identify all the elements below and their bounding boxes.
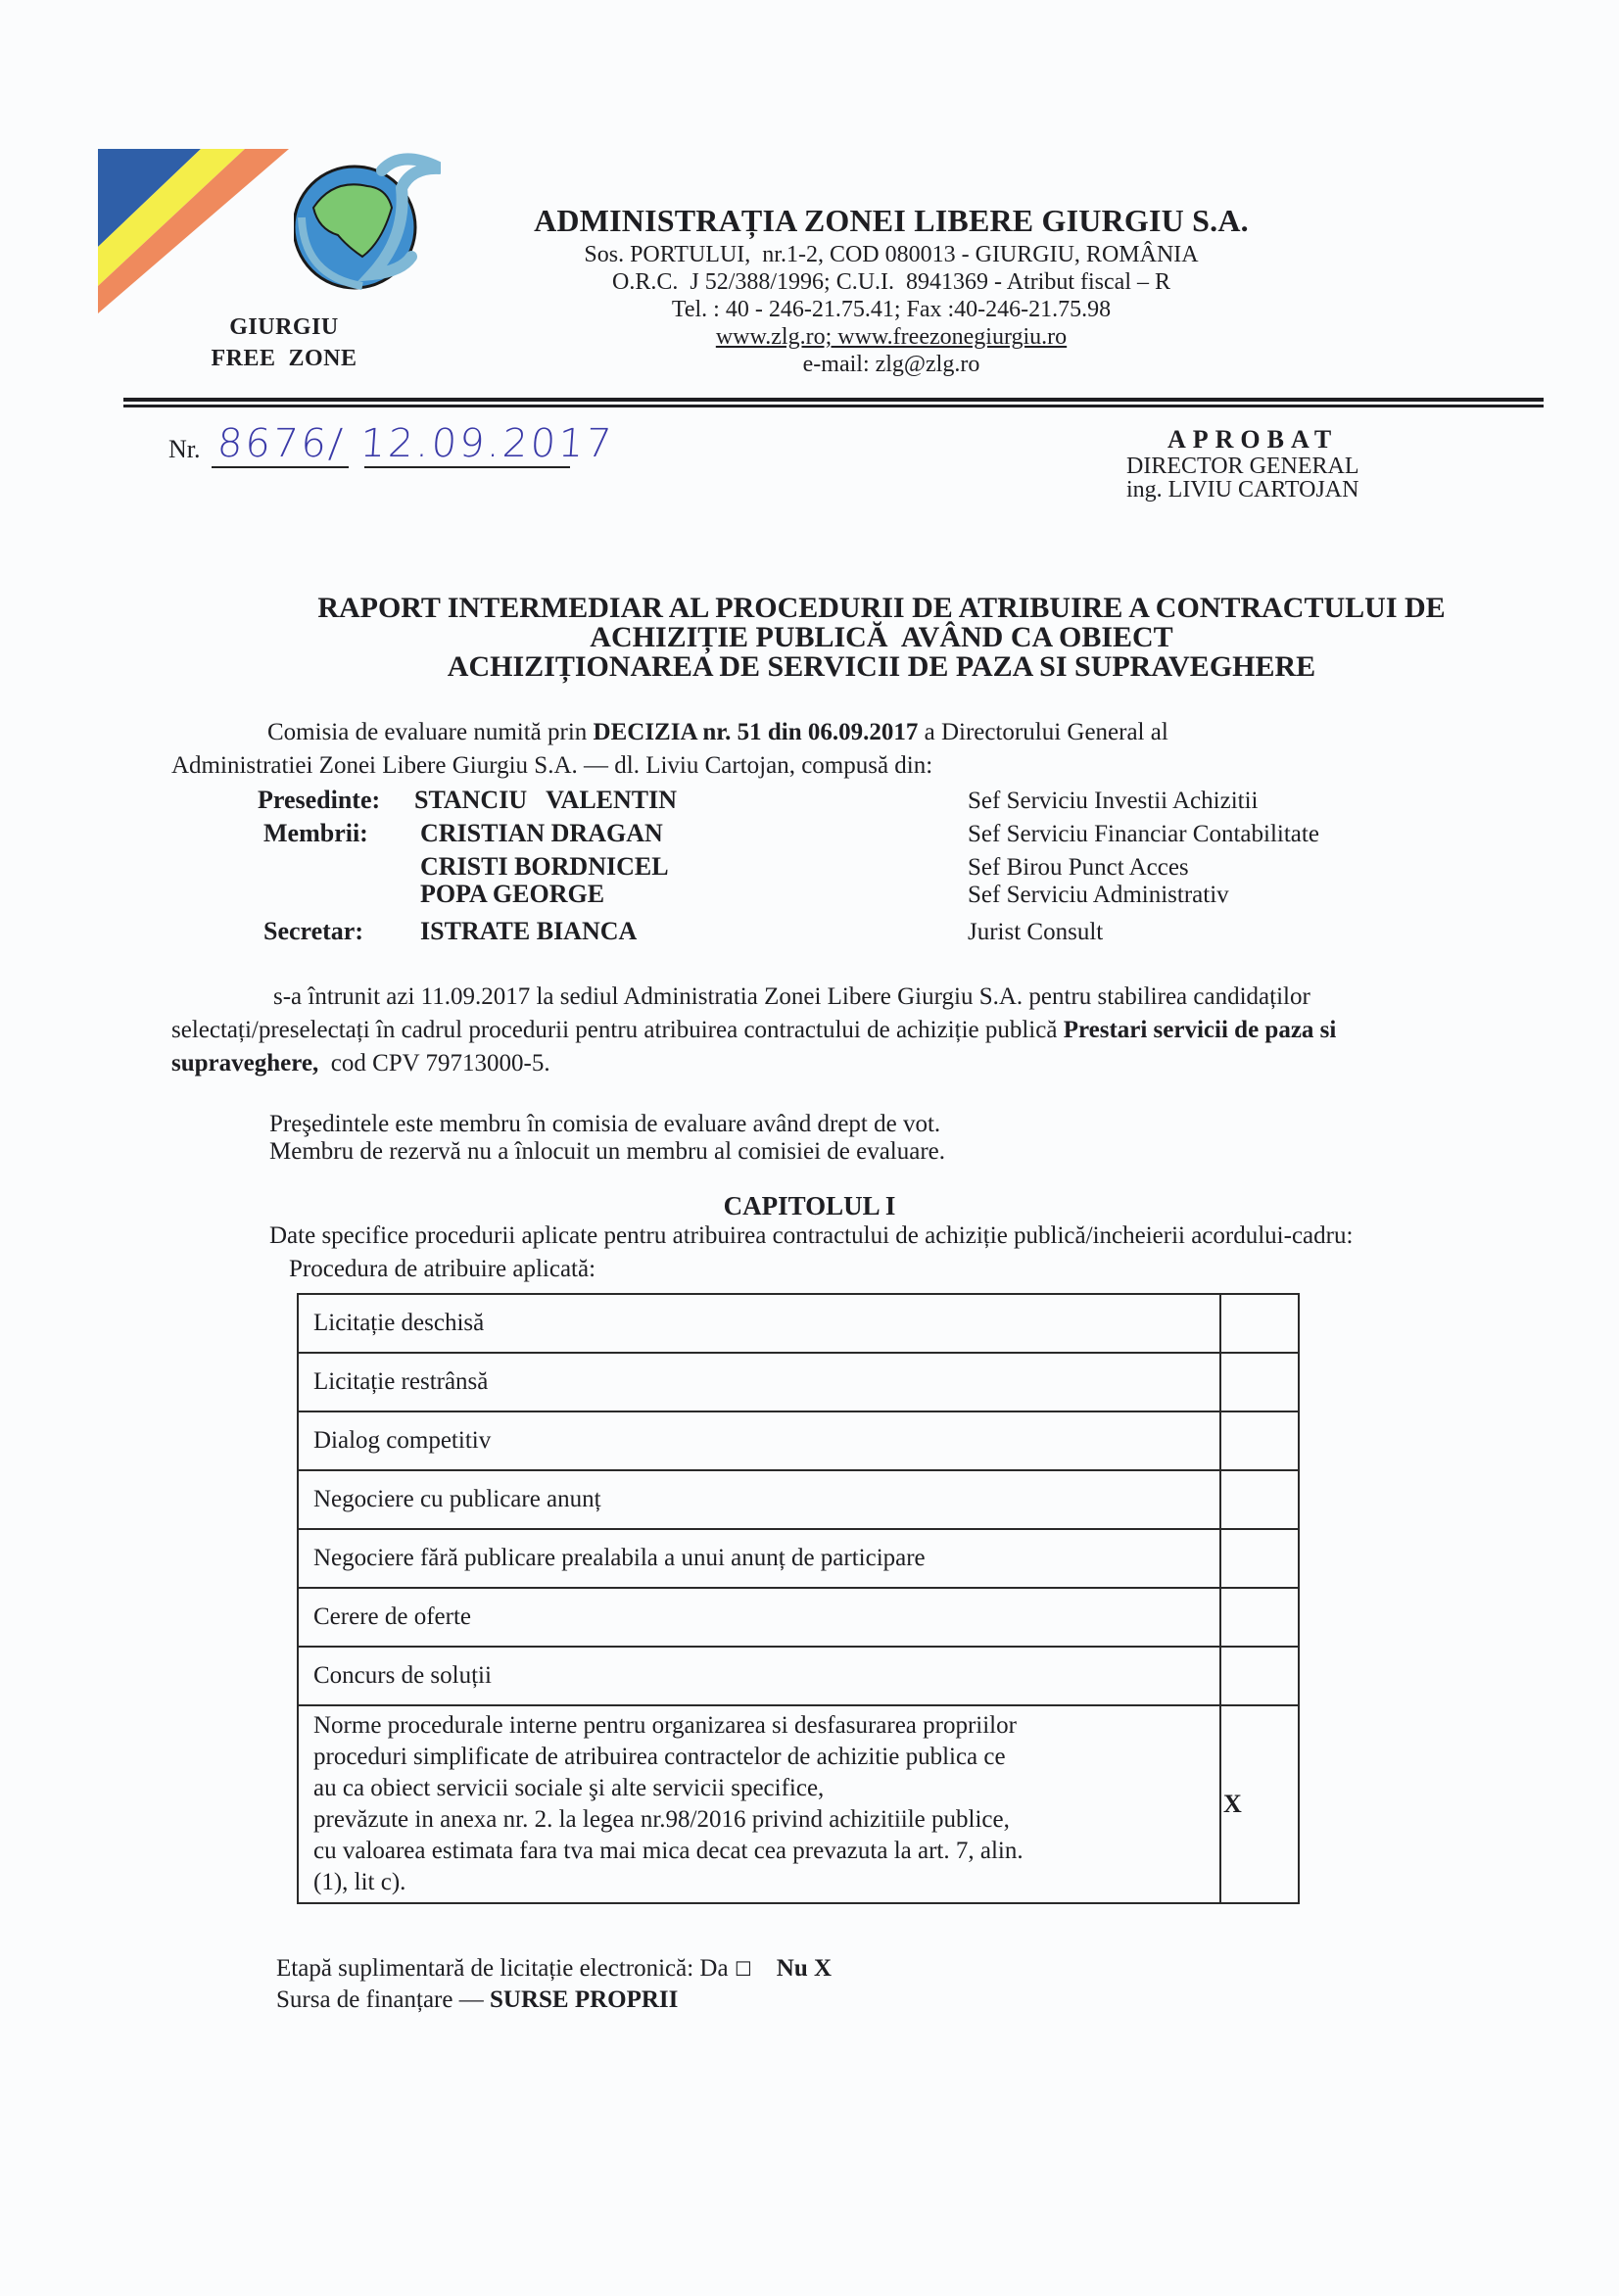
logo-line-2: FREE ZONE <box>186 343 382 374</box>
committee-member: CRISTI BORDNICEL <box>258 852 669 882</box>
member-function: Sef Serviciu Financiar Contabilitate <box>968 821 1319 848</box>
member-role: Membrii: <box>258 819 420 848</box>
nu-selected: Nu X <box>777 1955 832 1982</box>
procedure-row: Norme procedurale interne pentru organiz… <box>298 1705 1299 1903</box>
approval-position: DIRECTOR GENERAL <box>1126 454 1359 478</box>
handwritten-number-date: 8676/ 12.09.2017 <box>215 421 615 466</box>
procedure-selection-cell[interactable] <box>1220 1411 1299 1470</box>
intro-text: Comisia de evaluare numită prin <box>267 719 594 745</box>
website-links[interactable]: www.zlg.ro; www.freezonegiurgiu.ro <box>490 323 1293 351</box>
nr-label: Nr. <box>168 435 201 464</box>
member-function: Jurist Consult <box>968 919 1103 946</box>
procedure-label-line: cu valoarea estimata fara tva mai mica d… <box>313 1836 1205 1867</box>
procedure-selection-cell[interactable] <box>1220 1529 1299 1588</box>
procedure-row: Licitație restrânsă <box>298 1353 1299 1411</box>
intro-line-2: Administratiei Zonei Libere Giurgiu S.A.… <box>171 750 932 782</box>
procedure-selection-cell[interactable]: X <box>1220 1705 1299 1903</box>
intro-line-1: Comisia de evaluare numită prin DECIZIA … <box>267 717 1168 748</box>
procedure-label: Cerere de oferte <box>298 1588 1220 1647</box>
committee-member: Presedinte:STANCIU VALENTIN <box>258 786 677 815</box>
member-name: ISTRATE BIANCA <box>420 917 637 945</box>
nr-underline <box>212 466 349 468</box>
contract-object-end: supraveghere, <box>171 1050 318 1076</box>
table-caption: Procedura de atribuire aplicată: <box>289 1254 595 1285</box>
address: Sos. PORTULUI, nr.1-2, COD 080013 - GIUR… <box>490 241 1293 268</box>
member-function: Sef Serviciu Investii Achizitii <box>968 788 1258 815</box>
procedure-selection-cell[interactable] <box>1220 1353 1299 1411</box>
decision-reference: DECIZIA nr. 51 din 06.09.2017 <box>594 719 919 745</box>
organization-name: ADMINISTRAȚIA ZONEI LIBERE GIURGIU S.A. <box>490 200 1293 241</box>
letterhead: ADMINISTRAȚIA ZONEI LIBERE GIURGIU S.A. … <box>490 200 1293 378</box>
member-name: CRISTIAN DRAGAN <box>420 819 663 847</box>
title-line-2: ACHIZIȚIE PUBLICĂ AVÂND CA OBIECT <box>196 623 1567 652</box>
committee-member: POPA GEORGE <box>258 880 604 909</box>
member-role: Secretar: <box>258 917 420 946</box>
approval-block: APROBAT DIRECTOR GENERAL ing. LIVIU CART… <box>1126 425 1359 502</box>
member-name: CRISTI BORDNICEL <box>420 852 669 881</box>
tricolor-flag-icon <box>98 149 289 313</box>
member-role: Presedinte: <box>258 786 414 815</box>
title-line-3: ACHIZIȚIONAREA DE SERVICII DE PAZA SI SU… <box>196 652 1567 682</box>
meeting-line-2: selectați/preselectați în cadrul procedu… <box>171 1015 1336 1046</box>
procedure-label: Concurs de soluții <box>298 1647 1220 1705</box>
electronic-auction-line: Etapă suplimentară de licitație electron… <box>276 1953 832 1985</box>
procedure-row: Negociere fără publicare prealabila a un… <box>298 1529 1299 1588</box>
procedure-label: Licitație deschisă <box>298 1294 1220 1353</box>
logo-caption: GIURGIU FREE ZONE <box>186 311 382 374</box>
intro-text-end: a Directorului General al <box>918 719 1167 745</box>
contract-object: Prestari servicii de paza si <box>1064 1017 1337 1043</box>
committee-member: Membrii:CRISTIAN DRAGAN <box>258 819 663 848</box>
cpv-code: cod CPV 79713000-5. <box>318 1050 549 1076</box>
email[interactable]: e-mail: zlg@zlg.ro <box>490 351 1293 378</box>
note-reserve-member: Membru de rezervă nu a înlocuit un membr… <box>269 1136 945 1168</box>
procedure-label-line: Norme procedurale interne pentru organiz… <box>313 1710 1205 1742</box>
report-title: RAPORT INTERMEDIAR AL PROCEDURII DE ATRI… <box>196 594 1567 682</box>
procedure-label-line: au ca obiect servicii sociale şi alte se… <box>313 1773 1205 1804</box>
procedure-label: Licitație restrânsă <box>298 1353 1220 1411</box>
committee-member: Secretar:ISTRATE BIANCA <box>258 917 637 946</box>
approval-title: APROBAT <box>1167 425 1359 454</box>
da-checkbox[interactable]: ☐ <box>735 1957 752 1981</box>
procedure-row: Cerere de oferte <box>298 1588 1299 1647</box>
globe-europe-icon <box>294 149 441 296</box>
member-name: POPA GEORGE <box>420 880 604 908</box>
phone-fax: Tel. : 40 - 246-21.75.41; Fax :40-246-21… <box>490 296 1293 323</box>
procedure-row: Concurs de soluții <box>298 1647 1299 1705</box>
procedure-label: Norme procedurale interne pentru organiz… <box>298 1705 1220 1903</box>
procedure-row: Negociere cu publicare anunț <box>298 1470 1299 1529</box>
header-divider <box>123 398 1544 407</box>
registration: O.R.C. J 52/388/1996; C.U.I. 8941369 - A… <box>490 268 1293 296</box>
logo-line-1: GIURGIU <box>186 311 382 343</box>
procedure-selection-cell[interactable] <box>1220 1588 1299 1647</box>
funding-label: Sursa de finanțare — <box>276 1986 490 2013</box>
electronic-auction-label: Etapă suplimentară de licitație electron… <box>276 1955 735 1982</box>
member-name: STANCIU VALENTIN <box>414 786 677 814</box>
procedure-label: Negociere fără publicare prealabila a un… <box>298 1529 1220 1588</box>
procedure-table: Licitație deschisăLicitație restrânsăDia… <box>297 1293 1300 1904</box>
procedure-selection-cell[interactable] <box>1220 1647 1299 1705</box>
funding-line: Sursa de finanțare — SURSE PROPRII <box>276 1985 678 2016</box>
meeting-text: selectați/preselectați în cadrul procedu… <box>171 1017 1064 1043</box>
member-function: Sef Birou Punct Acces <box>968 854 1189 882</box>
funding-source: SURSE PROPRII <box>490 1986 678 2013</box>
chapter-title: CAPITOLUL I <box>0 1191 1619 1221</box>
procedure-row: Dialog competitiv <box>298 1411 1299 1470</box>
procedure-label-line: proceduri simplificate de atribuirea con… <box>313 1742 1205 1773</box>
title-line-1: RAPORT INTERMEDIAR AL PROCEDURII DE ATRI… <box>196 594 1567 623</box>
date-underline <box>364 466 570 468</box>
procedure-label-line: prevăzute in anexa nr. 2. la legea nr.98… <box>313 1804 1205 1836</box>
procedure-label: Dialog competitiv <box>298 1411 1220 1470</box>
approval-name: ing. LIVIU CARTOJAN <box>1126 478 1359 502</box>
procedure-row: Licitație deschisă <box>298 1294 1299 1353</box>
meeting-line-3: supraveghere, cod CPV 79713000-5. <box>171 1048 550 1079</box>
committee-list: Presedinte:STANCIU VALENTINSef Serviciu … <box>258 786 1531 962</box>
procedure-label: Negociere cu publicare anunț <box>298 1470 1220 1529</box>
procedure-selection-cell[interactable] <box>1220 1470 1299 1529</box>
member-function: Sef Serviciu Administrativ <box>968 882 1229 909</box>
meeting-line-1: s-a întrunit azi 11.09.2017 la sediul Ad… <box>273 981 1310 1013</box>
chapter-subtitle: Date specifice procedurii aplicate pentr… <box>269 1220 1353 1252</box>
procedure-label-line: (1), lit c). <box>313 1867 1205 1898</box>
procedure-selection-cell[interactable] <box>1220 1294 1299 1353</box>
